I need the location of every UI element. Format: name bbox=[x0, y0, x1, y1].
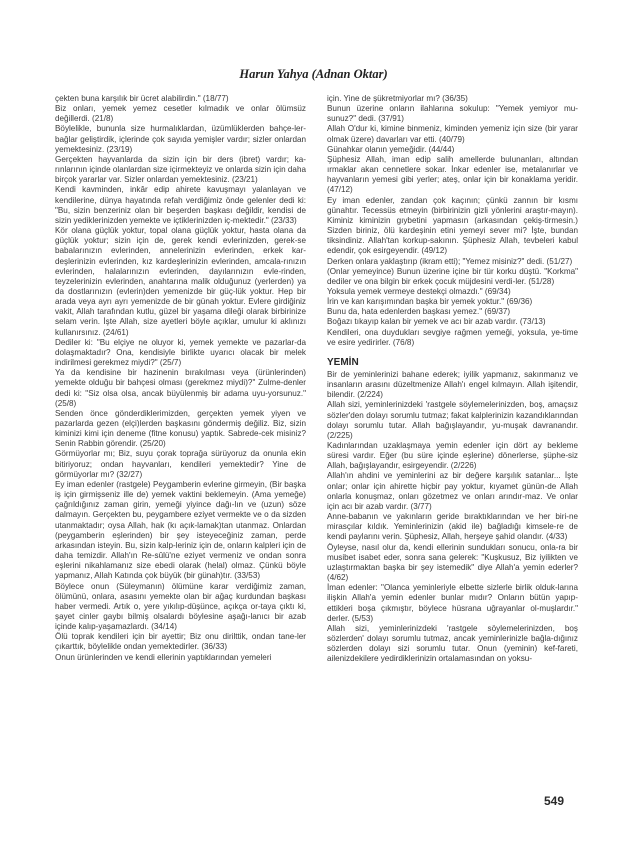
page-number: 549 bbox=[544, 794, 564, 808]
paragraph: Dediler ki: "Bu elçiye ne oluyor ki, yem… bbox=[55, 338, 306, 368]
paragraph: Onun ürünlerinden ve kendi ellerinin yap… bbox=[55, 653, 306, 663]
left-column: çekten buna karşılık bir ücret alabilird… bbox=[55, 94, 306, 663]
running-head: Harun Yahya (Adnan Oktar) bbox=[0, 67, 627, 82]
paragraph: Senden önce gönderdiklerimizden, gerçekt… bbox=[55, 409, 306, 450]
paragraph: Gerçekten hayvanlarda da sizin için bir … bbox=[55, 155, 306, 185]
paragraph: Öyleyse, nasıl olur da, kendi ellerinin … bbox=[327, 543, 578, 584]
paragraph: için. Yine de şükretmiyorlar mı? (36/35) bbox=[327, 94, 578, 104]
paragraph: Bunun üzerine onların ilahlarına sokulup… bbox=[327, 104, 578, 124]
paragraph: Derken onlara yaklaştırıp (ikram etti); … bbox=[327, 257, 578, 267]
paragraph: Kendi kavminden, inkâr edip ahirete kavu… bbox=[55, 185, 306, 226]
paragraph: Yoksula yemek vermeye destekçi olmazdı."… bbox=[327, 287, 578, 297]
paragraph: (Onlar yemeyince) Bunun üzerine içine bi… bbox=[327, 267, 578, 287]
paragraph: Allah sizi, yeminlerinizdeki 'rastgele s… bbox=[327, 624, 578, 665]
paragraph: Şüphesiz Allah, iman edip salih amellerd… bbox=[327, 155, 578, 196]
paragraph: Allah O'dur ki, kimine binmeniz, kiminde… bbox=[327, 124, 578, 144]
book-page: Harun Yahya (Adnan Oktar) çekten buna ka… bbox=[0, 0, 627, 854]
paragraph: Ey iman edenler (rastgele) Peygamberin e… bbox=[55, 480, 306, 582]
paragraph: Kendileri, ona duydukları sevgiye rağmen… bbox=[327, 328, 578, 348]
paragraph: Bir de yeminlerinizi bahane ederek; iyil… bbox=[327, 370, 578, 400]
paragraph: Ey iman edenler, zandan çok kaçının; çün… bbox=[327, 196, 578, 257]
paragraph: İrin ve kan karışımından başka bir yemek… bbox=[327, 297, 578, 307]
right-column: için. Yine de şükretmiyorlar mı? (36/35)… bbox=[327, 94, 578, 664]
paragraph: Bunu da, hata edenlerden başkası yemez."… bbox=[327, 307, 578, 317]
paragraph: Ya da kendisine bir hazinenin bırakılmas… bbox=[55, 368, 306, 409]
paragraph: Böylece onun (Süleymanın) ölümüne karar … bbox=[55, 582, 306, 633]
paragraph: Ölü toprak kendileri için bir ayettir; B… bbox=[55, 632, 306, 652]
paragraph: çekten buna karşılık bir ücret alabilird… bbox=[55, 94, 306, 104]
paragraph: İman edenler: "Olanca yeminleriyle elbet… bbox=[327, 583, 578, 624]
section-heading-yemin: YEMİN bbox=[327, 357, 578, 368]
paragraph: Günahkar olanın yemeğidir. (44/44) bbox=[327, 145, 578, 155]
paragraph: Kadınlarından uzaklaşmaya yemin edenler … bbox=[327, 441, 578, 471]
paragraph: Allah sizi, yeminlerinizdeki 'rastgele s… bbox=[327, 400, 578, 441]
paragraph: Görmüyorlar mı; Biz, suyu çorak toprağa … bbox=[55, 449, 306, 479]
paragraph: Böylelikle, bununla size hurmalıklardan,… bbox=[55, 124, 306, 154]
paragraph: Allah'ın ahdini ve yeminlerini az bir de… bbox=[327, 471, 578, 512]
paragraph: Boğazı tıkayıp kalan bir yemek ve acı bi… bbox=[327, 317, 578, 327]
paragraph: Anne-babanın ve yakınların geride bırakt… bbox=[327, 512, 578, 542]
paragraph: Kör olana güçlük yoktur, topal olana güç… bbox=[55, 226, 306, 338]
paragraph: Biz onları, yemek yemez cesetler kılmadı… bbox=[55, 104, 306, 124]
